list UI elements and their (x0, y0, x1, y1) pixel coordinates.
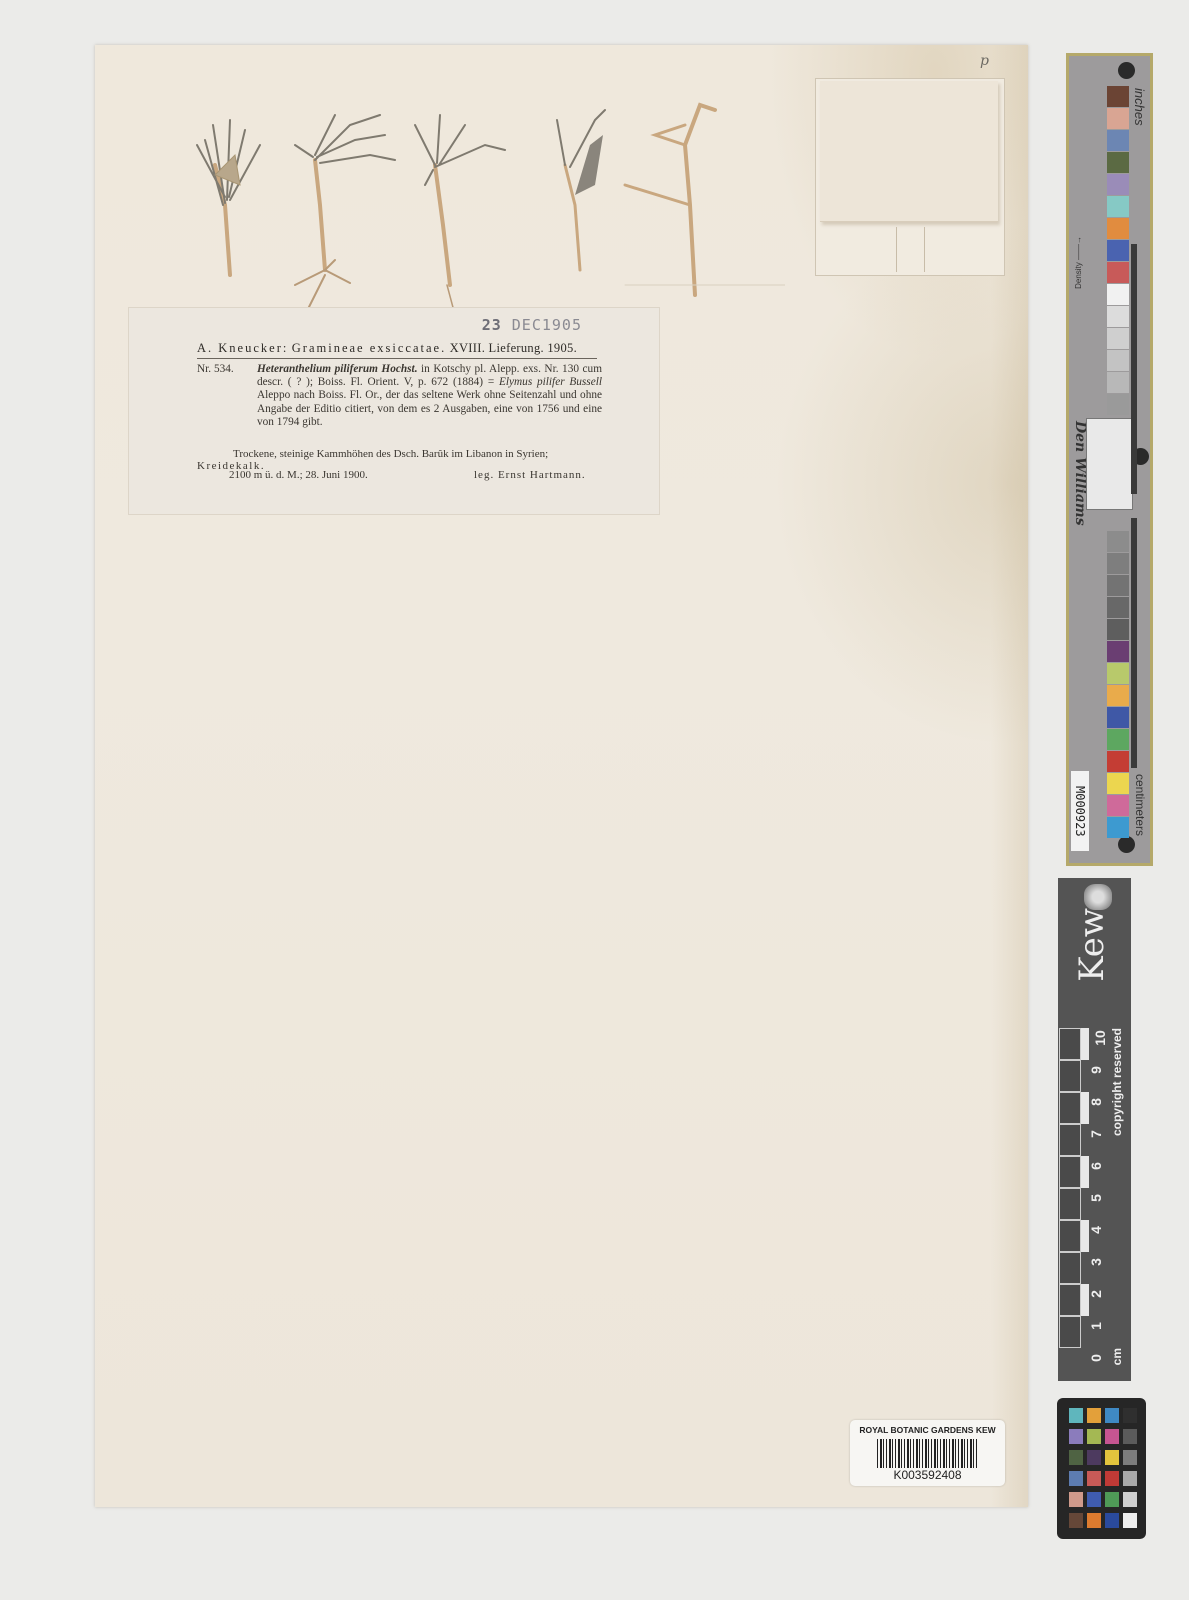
inches-label: inches (1132, 88, 1147, 126)
scale-block (1059, 1188, 1081, 1220)
color-patch (1107, 707, 1129, 728)
barcode-label: ROYAL BOTANIC GARDENS KEW K003592408 (850, 1420, 1005, 1486)
scale-block (1059, 1124, 1081, 1156)
scale-white-segment (1081, 1092, 1089, 1124)
specimen-1 (197, 120, 260, 275)
scale-tick-label: 5 (1088, 1194, 1104, 1202)
color-patch (1107, 130, 1129, 151)
color-patch (1107, 795, 1129, 816)
ruler-hole-icon (1118, 836, 1135, 853)
color-patch (1107, 350, 1129, 371)
scale-bar (1131, 244, 1137, 494)
checker-swatch (1069, 1492, 1083, 1507)
scale-bar (1131, 518, 1137, 768)
herbarium-sheet: p 23 DEC (95, 45, 1028, 1507)
checker-swatch (1069, 1450, 1083, 1465)
color-patch (1107, 685, 1129, 706)
scale-tick-label: 1 (1088, 1322, 1104, 1330)
color-patch (1107, 729, 1129, 750)
color-patch (1107, 174, 1129, 195)
cm-label: cm (1110, 1348, 1124, 1365)
density-label: Density ——→ (1074, 236, 1083, 289)
checker-swatch (1087, 1471, 1101, 1486)
scale-tick-label: 4 (1088, 1226, 1104, 1234)
color-patch (1107, 306, 1129, 327)
copyright-text: copyright reserved (1110, 1028, 1124, 1136)
scale-tick-label: 2 (1088, 1290, 1104, 1298)
checker-swatch (1123, 1471, 1137, 1486)
checker-swatch (1087, 1450, 1101, 1465)
barcode-institution: ROYAL BOTANIC GARDENS KEW (850, 1425, 1005, 1435)
scale-white-segment (1081, 1220, 1089, 1252)
scale-white-segment (1081, 1284, 1089, 1316)
label-header: A. Kneucker: Gramineae exsiccatae. XVIII… (197, 341, 597, 359)
checker-swatch (1105, 1471, 1119, 1486)
packet-flap (820, 81, 998, 222)
centimeters-label: centimeters (1133, 774, 1147, 836)
scale-tick-label: 7 (1088, 1130, 1104, 1138)
checker-swatch (1069, 1408, 1083, 1423)
scale-block (1059, 1252, 1081, 1284)
specimen-4 (557, 110, 605, 270)
checker-swatch (1087, 1492, 1101, 1507)
color-patch (1107, 196, 1129, 217)
scale-block (1059, 1284, 1081, 1316)
kew-crest-icon (1084, 884, 1112, 910)
color-patch (1107, 394, 1129, 415)
specimen-label: 23 DEC1905 A. Kneucker: Gramineae exsicc… (128, 307, 660, 515)
color-patch (1107, 663, 1129, 684)
scale-tick-label: 3 (1088, 1258, 1104, 1266)
color-patch (1107, 597, 1129, 618)
color-patch (1107, 86, 1129, 107)
date-stamp: 23 DEC1905 (482, 316, 582, 334)
checker-swatch (1105, 1492, 1119, 1507)
color-patch (1107, 773, 1129, 794)
scale-block (1059, 1316, 1081, 1348)
checker-swatch (1123, 1492, 1137, 1507)
label-altitude-date: 2100 m ü. d. M.; 28. Juni 1900. (229, 469, 368, 481)
scale-tick-label: 9 (1088, 1066, 1104, 1074)
color-patch (1107, 553, 1129, 574)
checker-swatch (1105, 1450, 1119, 1465)
checker-swatch (1069, 1513, 1083, 1528)
specimen-number: Nr. 534. (197, 363, 234, 376)
color-patch (1107, 575, 1129, 596)
checker-swatch (1105, 1408, 1119, 1423)
checker-swatch (1123, 1429, 1137, 1444)
color-calibration-ruler: inches centimeters Den Williams Density … (1066, 53, 1153, 866)
color-patch (1107, 751, 1129, 772)
color-patch (1107, 218, 1129, 239)
barcode-icon (877, 1439, 979, 1468)
checker-swatch (1087, 1513, 1101, 1528)
ruler-id: M000923 (1071, 771, 1089, 851)
color-patch (1107, 240, 1129, 261)
color-patch (1107, 619, 1129, 640)
color-patch (1107, 262, 1129, 283)
kew-scale-bar: Kew copyright reserved cm 012345678910 (1058, 878, 1131, 1381)
kew-logo: Kew (1072, 908, 1112, 982)
color-patch (1107, 284, 1129, 305)
pencil-annotation: p (980, 53, 989, 69)
scale-white-segment (1081, 1156, 1089, 1188)
scale-block (1059, 1092, 1081, 1124)
cm-scale: 012345678910 (1058, 1028, 1090, 1368)
scale-block (1059, 1156, 1081, 1188)
color-patch (1107, 641, 1129, 662)
label-collector: leg. Ernst Hartmann. (474, 469, 586, 481)
checker-swatch (1087, 1408, 1101, 1423)
color-patch (1107, 328, 1129, 349)
taxon-name: Heteranthelium piliferum Hochst. (257, 363, 418, 375)
scale-white-segment (1081, 1028, 1089, 1060)
checker-swatch (1123, 1450, 1137, 1465)
synonym: Elymus pilifer Bussell (499, 376, 602, 388)
color-patch (1107, 108, 1129, 129)
resolution-target (1086, 418, 1133, 510)
ruler-hole-icon (1118, 62, 1135, 79)
checker-swatch (1087, 1429, 1101, 1444)
color-patch (1107, 817, 1129, 838)
specimen-3 (415, 115, 505, 315)
checker-swatch (1105, 1513, 1119, 1528)
grass-specimens (185, 85, 785, 315)
scale-tick-label: 10 (1092, 1030, 1108, 1046)
checker-swatch (1123, 1408, 1137, 1423)
specimen-2 (295, 115, 395, 315)
packet-slit (896, 227, 897, 272)
scale-block (1059, 1060, 1081, 1092)
color-checker-card (1057, 1398, 1146, 1539)
checker-swatch (1069, 1471, 1083, 1486)
scale-tick-label: 8 (1088, 1098, 1104, 1106)
color-patch (1107, 531, 1129, 552)
specimen-5 (625, 105, 785, 295)
packet-slit (924, 227, 925, 272)
checker-swatch (1105, 1429, 1119, 1444)
barcode-number: K003592408 (850, 1468, 1005, 1482)
scale-block (1059, 1028, 1081, 1060)
scale-tick-label: 6 (1088, 1162, 1104, 1170)
scale-tick-label: 0 (1088, 1354, 1104, 1362)
color-patch (1107, 372, 1129, 393)
label-description: Nr. 534. Heteranthelium piliferum Hochst… (197, 363, 602, 429)
scale-block (1059, 1220, 1081, 1252)
color-patch (1107, 152, 1129, 173)
fragment-packet (815, 78, 1005, 276)
checker-swatch (1123, 1513, 1137, 1528)
checker-swatch (1069, 1429, 1083, 1444)
